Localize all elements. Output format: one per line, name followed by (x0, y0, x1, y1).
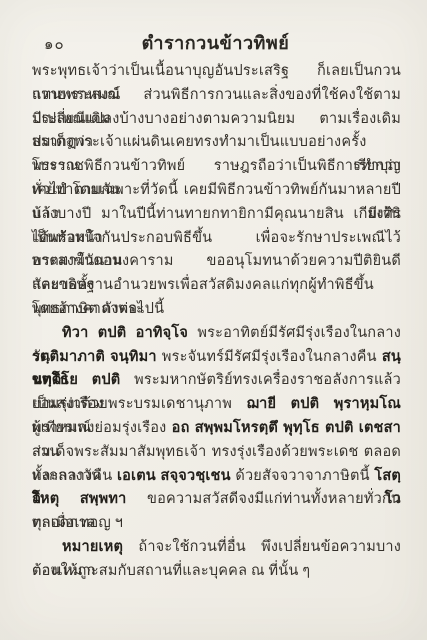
thai-text-segment: พระจันทร์มีรัศมีรุ่งเรืองในกลางคืน (162, 349, 377, 365)
pali-text-segment: อถ สพฺพมโหรตฺตึ พุทฺโธ ตปติ เตชสา (172, 420, 401, 436)
text-line: ต้องเหมาะสมกับสถานที่และบุคคล ณ ที่นั้น … (32, 560, 401, 584)
thai-text-segment: ผู้เพียรเพ่งย่อมรุ่งเรือง (32, 420, 166, 436)
paragraph-note: หมายเหตุ ถ้าจะใช้กวนที่อื่น พึงเปลี่ยนข้… (32, 536, 401, 584)
text-line: แทนพราหมณ์ ส่วนพิธีการกวนและสิ่งของที่ใช… (32, 84, 401, 108)
thai-text-segment: ด้วยสัจจวาจาภาษิตนี้ (235, 468, 369, 484)
text-line: เป็นสง่าด้วยพระบรมเดชานุภาพ ฌายี ตปติ พฺ… (32, 393, 401, 417)
text-line: พระสงฆ์วัดอนงคาราม ขออนุโมทนาด้วยความปีต… (32, 250, 401, 274)
page-number: ๑๐ (44, 32, 65, 56)
text-line: และกลางคืน เอเตน สจฺจวชฺเชน ด้วยสัจจวาจา… (32, 465, 401, 489)
pali-text-segment: รตฺติมาภาติ จนฺทิมา (32, 349, 157, 365)
page-header: ๑๐ ตำรากวนข้าวทิพย์ (32, 28, 399, 54)
pali-text-segment: โหตุ สพฺพทา (32, 491, 127, 507)
page-title: ตำรากวนข้าวทิพย์ (32, 28, 399, 57)
text-line: พระราชพิธีกวนข้าวทิพย์ ราษฎรถือว่าเป็นพิ… (32, 155, 401, 179)
thai-text-segment: ต้องเหมาะสมกับสถานที่และบุคคล ณ ที่นั้น … (32, 563, 310, 579)
pali-text-segment: ขตฺติโย ตปติ (32, 372, 120, 388)
paragraph-pali-blessing: ทิวา ตปติ อาทิจฺโจ พระอาทิตย์มีรัศมีรุ่ง… (32, 322, 401, 536)
pali-text-segment: หมายเหตุ (62, 539, 123, 555)
thai-text-segment: ทุกเมื่อเทอญ ฯ (32, 515, 123, 531)
paragraph-intro: พระพุทธเจ้าว่าเป็นเนื้อนาบุญอันประเสริฐ … (32, 60, 401, 322)
text-line: พระพุทธเจ้าว่าเป็นเนื้อนาบุญอันประเสริฐ … (32, 60, 401, 84)
thai-text-segment: เป็นสง่าด้วยพระบรมเดชานุภาพ (32, 396, 232, 412)
text-line: สมเด็จพระเจ้าแผ่นดินเคยทรงทำมาเป็นแบบอย่… (32, 131, 401, 155)
text-line: ผู้เพียรเพ่งย่อมรุ่งเรือง อถ สพฺพมโหรตฺต… (32, 417, 401, 441)
text-line: รตฺติมาภาติ จนฺทิมา พระจันทร์มีรัศมีรุ่ง… (32, 346, 401, 370)
text-line: โหตุ สพฺพทา ขอความสวัสดีจงมีแก่ท่านทั้งห… (32, 488, 401, 512)
text-line: ทุกเมื่อเทอญ ฯ (32, 512, 401, 536)
text-line: ทั่วไป โดยเฉพาะที่วัดนี้ เคยมีพิธีกวนข้า… (32, 179, 401, 203)
text-line: หมายเหตุ ถ้าจะใช้กวนที่อื่น พึงเปลี่ยนข้… (32, 536, 401, 560)
text-line: ทิวา ตปติ อาทิจฺโจ พระอาทิตย์มีรัศมีรุ่ง… (32, 322, 401, 346)
text-line: พุทธภาษิต ดังต่อไปนี้ (32, 298, 401, 322)
body-text: พระพุทธเจ้าว่าเป็นเนื้อนาบุญอันประเสริฐ … (32, 60, 401, 584)
thai-text-segment: พุทธภาษิต ดังต่อไปนี้ (32, 301, 164, 317)
pali-text-segment: ทิวา ตปติ อาทิจฺโจ (62, 325, 188, 341)
text-line: สมเด็จพระสัมมาสัมพุทธเจ้า ทรงรุ่งเรืองด้… (32, 441, 401, 465)
text-line: ขตฺติโย ตปติ พระมหากษัตริย์ทรงเครื่องราช… (32, 369, 401, 393)
text-line: ได้พร้อมใจกันประกอบพิธีขึ้น เพื่อจะรักษา… (32, 227, 401, 251)
pali-text-segment: ฌายี ตปติ พฺราหฺมโณ (247, 396, 401, 412)
thai-text-segment: และกลางคืน (32, 468, 112, 484)
text-line: สัตยาธิษฐานอำนวยพรเพื่อสวัสดิมงคลแก่ทุกผ… (32, 274, 401, 298)
scanned-book-page: ๑๐ ตำรากวนข้าวทิพย์ พระพุทธเจ้าว่าเป็นเน… (0, 0, 427, 640)
text-line: บ้างบางปี มาในปีนี้ท่านทายกทายิกามีคุณนา… (32, 203, 401, 227)
pali-text-segment: เอเตน สจฺจวชฺเชน (117, 468, 231, 484)
text-line: มีเปลี่ยนแปลงบ้างบางอย่างตามความนิยม ตาม… (32, 108, 401, 132)
